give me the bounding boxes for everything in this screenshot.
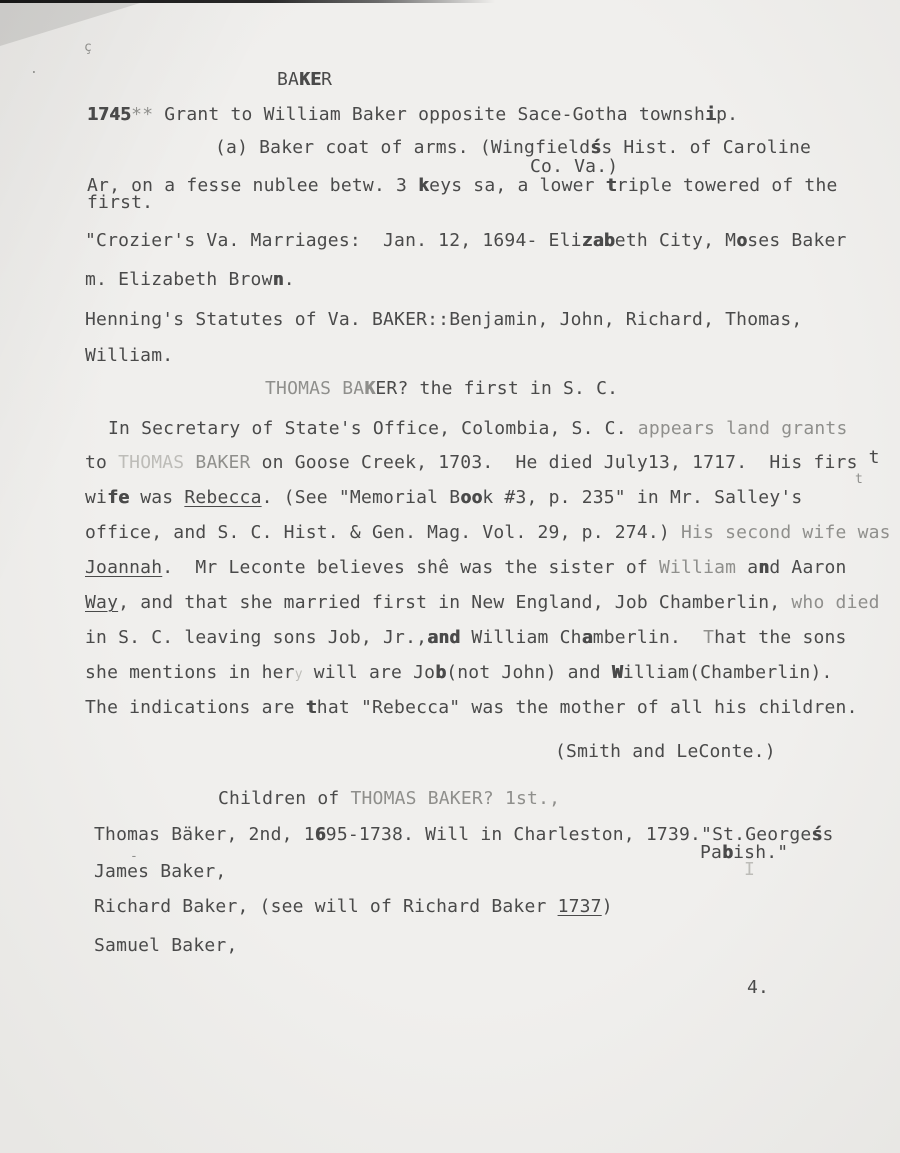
heading-thomas-baker-first-sc: THOMAS BAKER? the first in S. C.: [265, 379, 618, 399]
line-smith-leconte: (Smith and LeConte.): [555, 742, 776, 762]
scan-corner-shadow: [0, 0, 150, 46]
line-crozier-marriages: "Crozier's Va. Marriages: Jan. 12, 1694-…: [85, 231, 847, 251]
line-william: William.: [85, 346, 173, 366]
line-ar-fesse: Ar, on a fesse nublee betw. 3 keys sa, a…: [87, 176, 838, 196]
line-richard-baker: Richard Baker, (see will of Richard Bake…: [94, 897, 613, 917]
line-coat-of-arms: (a) Baker coat of arms. (Wingfieldśs His…: [215, 138, 811, 158]
page-number: 4.: [747, 978, 769, 998]
heading-children-thomas-baker: Children of THOMAS BAKER? 1st.,: [218, 789, 560, 809]
line-hennings-statutes: Henning's Statutes of Va. BAKER::Benjami…: [85, 310, 802, 330]
line-first: first.: [87, 193, 153, 213]
stray-mark: -: [130, 845, 138, 867]
line-joannah: Joannah. Mr Leconte believes shê was the…: [85, 558, 847, 578]
line-goose-creek: to THOMAS BAKER on Goose Creek, 1703. He…: [85, 453, 880, 473]
stray-mark: ç: [84, 36, 92, 58]
line-m-elizabeth-brown: m. Elizabeth Brown.: [85, 270, 295, 290]
line-secretary-office: In Secretary of State's Office, Colombia…: [108, 419, 847, 439]
line-wife-rebecca: wife was Rebecca. (See "Memorial Book #3…: [85, 488, 802, 508]
line-1745-grant: 1745** Grant to William Baker opposite S…: [87, 105, 738, 125]
line-way-married: Way, and that she married first in New E…: [85, 593, 880, 613]
line-indications: The indications are that "Rebecca" was t…: [85, 698, 858, 718]
heading-baker: BAKER: [277, 70, 332, 90]
line-co-va: Co. Va.): [530, 157, 618, 177]
scanned-document-page: BAKER1745** Grant to William Baker oppos…: [0, 0, 900, 1153]
line-office-hist-mag: office, and S. C. Hist. & Gen. Mag. Vol.…: [85, 523, 891, 543]
stray-mark: .: [30, 58, 38, 80]
line-samuel-baker: Samuel Baker,: [94, 936, 237, 956]
stray-mark: I: [744, 860, 755, 880]
stray-mark: t: [855, 468, 863, 490]
line-leaving-sons: in S. C. leaving sons Job, Jr.,and Willi…: [85, 628, 847, 648]
line-she-mentions: she mentions in hery will are Job(not Jo…: [85, 663, 833, 685]
line-james-baker: James Baker,: [94, 862, 226, 882]
